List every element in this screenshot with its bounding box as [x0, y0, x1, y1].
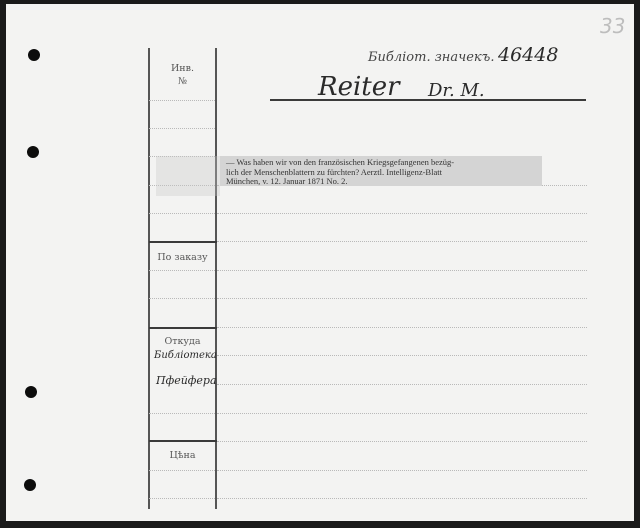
- ruled-line: [149, 298, 215, 299]
- ruled-line: [217, 327, 587, 328]
- ruled-line: [149, 100, 215, 101]
- newspaper-clipping: — Was haben wir von den französischen Kr…: [220, 156, 542, 186]
- section-divider: [149, 440, 217, 442]
- ruled-line: [217, 213, 587, 214]
- catalog-card: 33 Библіот. значекъ. 46448 Reiter Dr. M.…: [6, 4, 634, 521]
- ruled-line: [149, 470, 215, 471]
- author-suffix: Dr. M.: [428, 80, 485, 101]
- ruled-line: [217, 413, 587, 414]
- punch-hole-icon: [28, 49, 40, 61]
- ruled-line: [217, 270, 587, 271]
- ruled-line: [149, 498, 215, 499]
- section-divider: [149, 327, 217, 329]
- order-label: По заказу: [150, 252, 215, 263]
- ruled-line: [149, 213, 215, 214]
- ruled-line: [217, 498, 587, 499]
- price-label: Цѣна: [150, 450, 215, 461]
- ruled-line: [217, 298, 587, 299]
- clipping-line: München, v. 12. Januar 1871 No. 2.: [226, 177, 536, 187]
- punch-hole-icon: [24, 479, 36, 491]
- ruled-line: [149, 270, 215, 271]
- ruled-line: [149, 128, 215, 129]
- punch-hole-icon: [27, 146, 39, 158]
- ruled-line: [217, 441, 587, 442]
- ruled-line: [217, 470, 587, 471]
- ruled-line: [217, 384, 587, 385]
- author-heading: Reiter: [318, 72, 400, 102]
- library-mark-value: 46448: [498, 44, 558, 66]
- inv-label: Инв. №: [150, 62, 215, 88]
- ruled-line: [217, 355, 587, 356]
- source-handwritten-2: Пфейфера: [156, 374, 217, 387]
- page-number: 33: [600, 14, 625, 38]
- library-mark-label: Библіот. значекъ.: [368, 50, 494, 65]
- clipping-shadow: [156, 156, 220, 196]
- source-handwritten-1: Библіотека: [154, 350, 217, 361]
- punch-hole-icon: [25, 386, 37, 398]
- source-label: Откуда: [150, 336, 215, 347]
- ruled-line: [149, 413, 215, 414]
- ruled-line: [217, 241, 587, 242]
- heading-underline: [270, 99, 586, 101]
- section-divider: [149, 241, 217, 243]
